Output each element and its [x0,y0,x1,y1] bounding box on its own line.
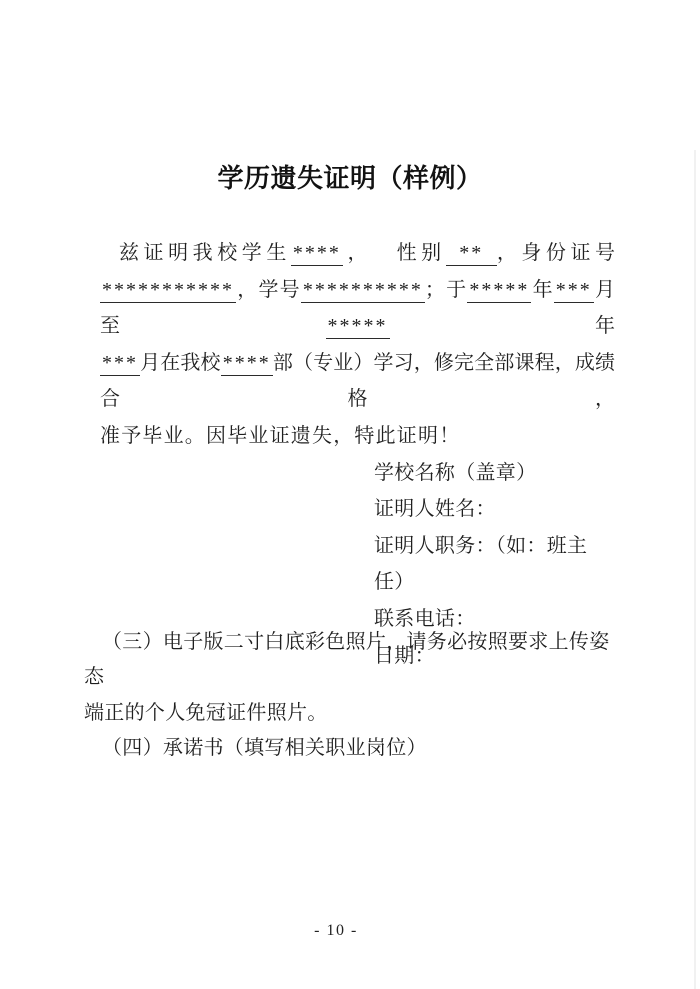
signature-text: 学校名称（盖章） [374,462,536,484]
note-text: （三）电子版二寸白底彩色照片，请务必按照要求上传姿态 [84,631,610,688]
body-text: ，身份证号 [497,242,615,264]
blank-start-year: ***** [467,279,531,303]
signature-certifier-title: 证明人职务：（如：班主任） [100,528,615,601]
body-text: ；于 [425,279,467,301]
page-number: - 10 - [314,921,358,941]
signature-text: 证明人姓名： [374,498,496,520]
blank-end-year: ***** [326,315,390,339]
blank-student-number: ********** [301,279,425,303]
document-title: 学历遗失证明（样例） [0,160,700,196]
body-text: 准予毕业。因毕业证遗失，特此证明！ [100,425,460,447]
body-text: 年 [390,315,616,337]
body-text: ，学号 [236,279,301,301]
blank-end-month: *** [100,352,140,376]
scan-edge-artifact [694,150,696,989]
body-line-1: 兹证明我校学生****， 性别 ** ，身份证号 [100,235,615,272]
note-item-4: （四）承诺书（填写相关职业岗位） [84,731,624,766]
document-page: 学历遗失证明（样例） 兹证明我校学生****， 性别 ** ，身份证号 ****… [0,0,700,989]
signature-text: 证明人职务：（如：班主任） [374,535,587,594]
body-text: 月在我校 [140,352,221,374]
body-text: 性别 [392,242,446,264]
body-text: 年 [531,279,553,301]
note-text: 端正的个人免冠证件照片。 [84,702,328,724]
notes-section: （三）电子版二寸白底彩色照片，请务必按照要求上传姿态 端正的个人免冠证件照片。 … [84,625,624,766]
blank-department: **** [221,352,273,376]
body-line-4: 准予毕业。因毕业证遗失，特此证明！ [100,418,615,455]
blank-student-name: **** [291,242,343,266]
note-item-3-continuation: 端正的个人免冠证件照片。 [84,696,624,731]
body-text: 兹证明我校学生 [119,242,291,264]
certificate-body: 兹证明我校学生****， 性别 ** ，身份证号 ***********，学号*… [100,235,615,674]
body-line-2: ***********，学号**********；于*****年***月至***… [100,272,615,345]
body-text: ， [343,242,392,264]
note-item-3: （三）电子版二寸白底彩色照片，请务必按照要求上传姿态 [84,625,624,696]
blank-id-number: *********** [100,279,236,303]
signature-certifier-name: 证明人姓名： [100,491,615,528]
blank-gender: ** [446,242,497,266]
blank-start-month: *** [554,279,594,303]
signature-school-name: 学校名称（盖章） [100,455,615,492]
body-line-3: ***月在我校****部（专业）学习，修完全部课程，成绩合格， [100,345,615,418]
note-text: （四）承诺书（填写相关职业岗位） [102,737,427,759]
